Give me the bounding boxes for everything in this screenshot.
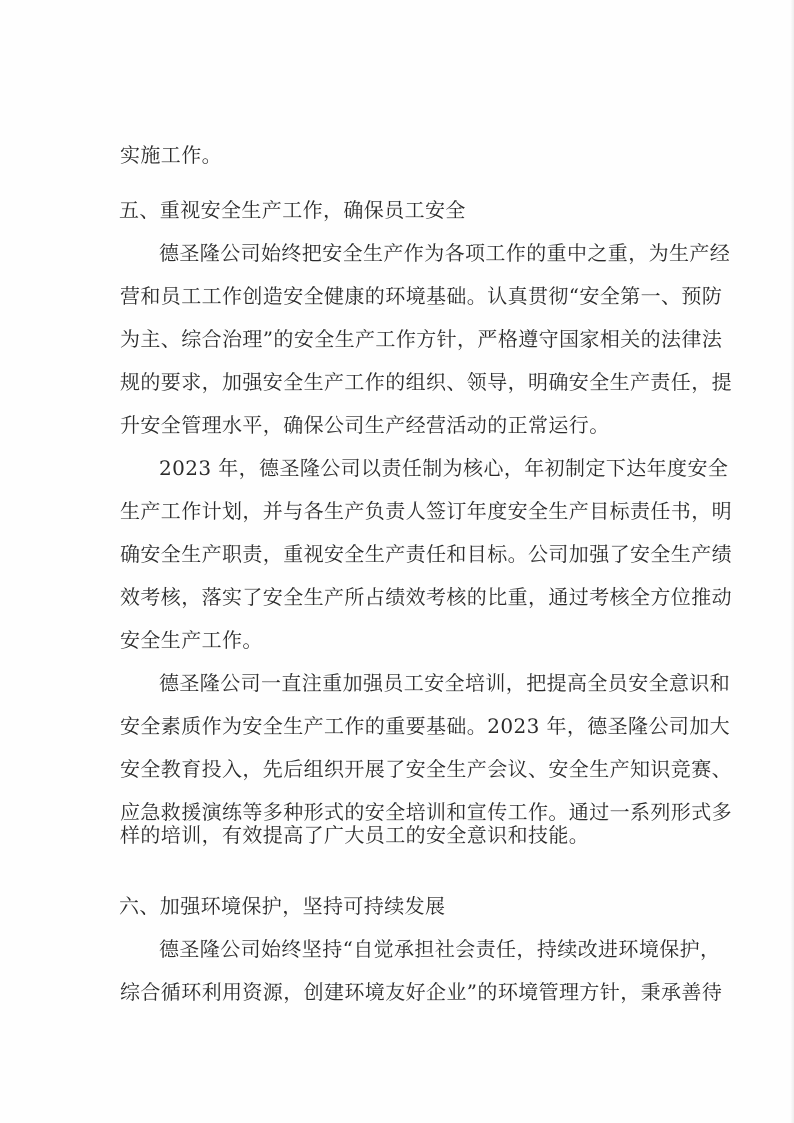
- paragraph-line: 规的要求，加强安全生产工作的组织、领导，明确安全生产责任，提: [120, 369, 732, 395]
- scan-edge: [790, 0, 794, 1123]
- paragraph-line: 德圣隆公司始终坚持“自觉承担社会责任，持续改进环境保护，: [159, 936, 720, 962]
- paragraph-line: 样的培训，有效提高了广大员工的安全意识和技能。: [120, 822, 589, 848]
- paragraph-line: 德圣隆公司始终把安全生产作为各项工作的重中之重，为生产经: [159, 240, 730, 266]
- paragraph-line: 升安全管理水平，确保公司生产经营活动的正常运行。: [120, 412, 610, 438]
- section-6-heading: 六、加强环境保护，坚持可持续发展: [119, 893, 445, 919]
- paragraph-line: 安全素质作为安全生产工作的重要基础。2023 年，德圣隆公司加大: [120, 713, 730, 739]
- paragraph-line: 综合循环利用资源，创建环境友好企业”的环境管理方针，秉承善待: [120, 979, 722, 1005]
- paragraph-line: 2023 年，德圣隆公司以责任制为核心，年初制定下达年度安全: [159, 455, 728, 481]
- paragraph-line: 为主、综合治理”的安全生产工作方针，严格遵守国家相关的法律法: [120, 326, 722, 352]
- paragraph-line: 生产工作计划，并与各生产负责人签订年度安全生产目标责任书，明: [120, 498, 732, 524]
- paragraph-line: 营和员工工作创造安全健康的环境基础。认真贯彻“安全第一、预防: [120, 283, 722, 309]
- paragraph-line: 确安全生产职责，重视安全生产责任和目标。公司加强了安全生产绩: [120, 541, 732, 567]
- continuation-text: 实施工作。: [120, 142, 222, 168]
- paragraph-line: 德圣隆公司一直注重加强员工安全培训，把提高全员安全意识和: [159, 670, 730, 696]
- document-page: 实施工作。 五、重视安全生产工作，确保员工安全 德圣隆公司始终把安全生产作为各项…: [0, 0, 794, 1123]
- paragraph-line: 效考核，落实了安全生产所占绩效考核的比重，通过考核全方位推动: [120, 584, 732, 610]
- paragraph-line: 安全生产工作。: [120, 627, 263, 653]
- section-5-heading: 五、重视安全生产工作，确保员工安全: [119, 197, 466, 223]
- paragraph-line: 安全教育投入，先后组织开展了安全生产会议、安全生产知识竞赛、: [120, 756, 732, 782]
